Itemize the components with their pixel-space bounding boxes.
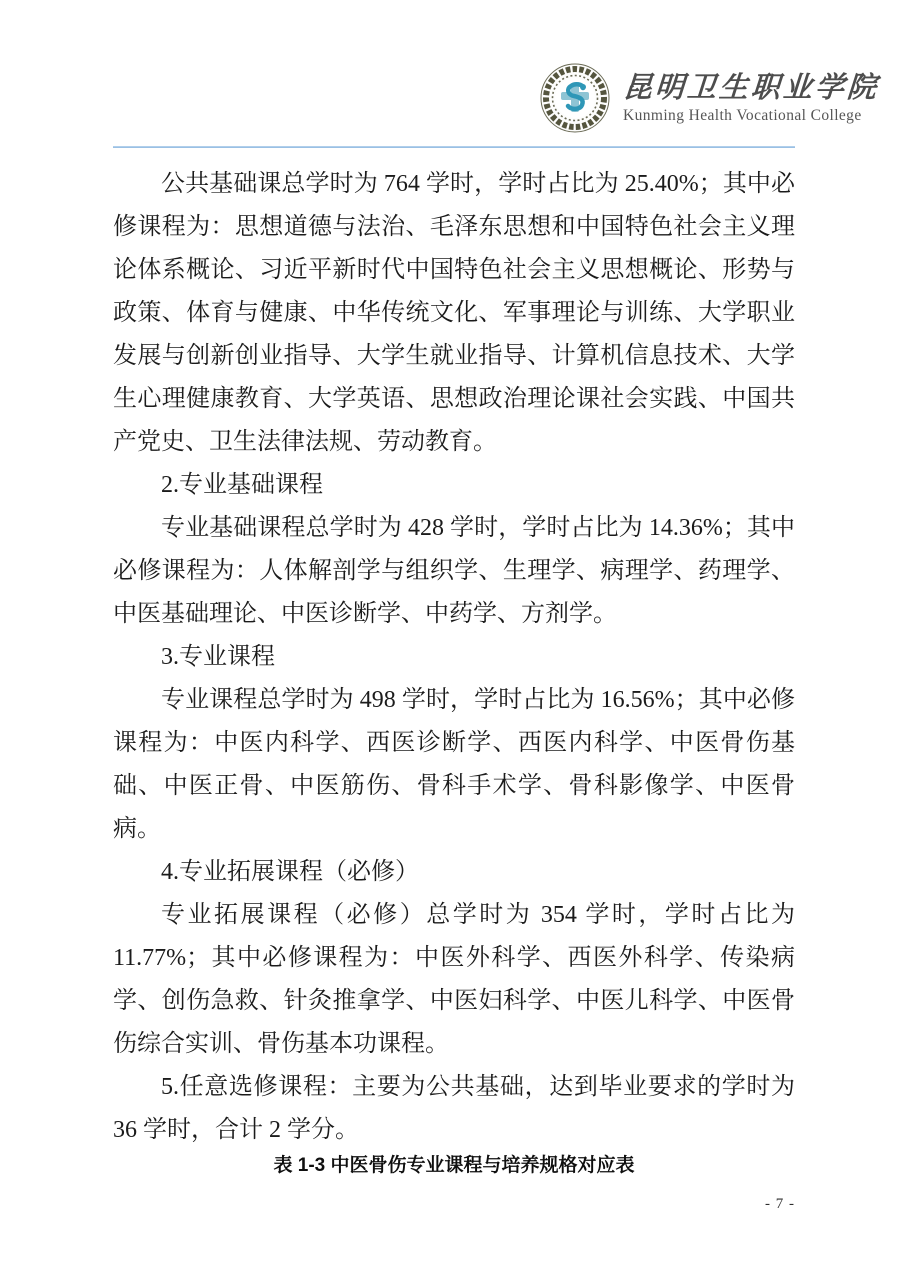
body-paragraph: 专业拓展课程（必修）总学时为 354 学时，学时占比为 11.77%；其中必修课… bbox=[113, 894, 795, 1066]
body-paragraph: 3.专业课程 bbox=[113, 636, 795, 679]
document-body: 公共基础课总学时为 764 学时，学时占比为 25.40%；其中必修课程为：思想… bbox=[113, 163, 795, 1180]
body-paragraph: 专业课程总学时为 498 学时，学时占比为 16.56%；其中必修课程为：中医内… bbox=[113, 679, 795, 851]
body-paragraph: 5.任意选修课程：主要为公共基础，达到毕业要求的学时为 36 学时，合计 2 学… bbox=[113, 1066, 795, 1152]
body-paragraph: 公共基础课总学时为 764 学时，学时占比为 25.40%；其中必修课程为：思想… bbox=[113, 163, 795, 464]
college-name-en: Kunming Health Vocational College bbox=[623, 107, 862, 125]
page-number: - 7 - bbox=[765, 1196, 795, 1213]
page-header: 昆明卫生职业学院 Kunming Health Vocational Colle… bbox=[539, 62, 879, 134]
header-divider bbox=[113, 146, 795, 148]
college-name-zh: 昆明卫生职业学院 bbox=[622, 72, 880, 104]
table-caption: 表 1-3 中医骨伤专业课程与培养规格对应表 bbox=[113, 1152, 795, 1180]
body-paragraph: 2.专业基础课程 bbox=[113, 464, 795, 507]
body-paragraph: 4.专业拓展课程（必修） bbox=[113, 851, 795, 894]
body-paragraph: 专业基础课程总学时为 428 学时，学时占比为 14.36%；其中必修课程为：人… bbox=[113, 507, 795, 636]
document-page: 昆明卫生职业学院 Kunming Health Vocational Colle… bbox=[0, 0, 905, 1280]
college-name-block: 昆明卫生职业学院 Kunming Health Vocational Colle… bbox=[623, 72, 879, 125]
college-seal-icon bbox=[539, 62, 611, 134]
